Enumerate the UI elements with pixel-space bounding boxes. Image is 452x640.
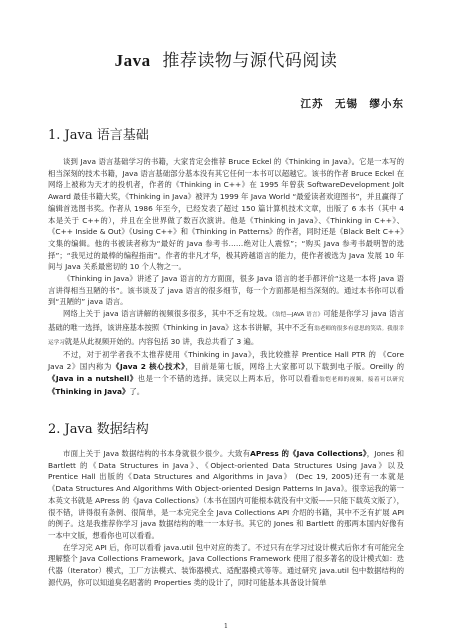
author-line: 江苏 无锡 缪小东 bbox=[301, 96, 405, 111]
text-run: 网络上关于 java 语言讲解的视频很多很多，其中不乏有垃圾。 bbox=[63, 309, 272, 318]
title-cjk: 推荐读物与源代码阅读 bbox=[162, 51, 337, 71]
text-run-small: 翁恺老师的视频，接着可以研究 bbox=[319, 377, 404, 383]
page-number: 1 bbox=[0, 622, 452, 630]
paragraph: 在学习完 API 后，你可以看看 java.util 包中对应的类了。不过只有在… bbox=[48, 542, 404, 589]
text-run: 也是一个不错的选择。读完以上两本后，你可以看看 bbox=[138, 374, 320, 383]
text-run: ，Jones 和 Bartlett 的《Data Structures in J… bbox=[48, 449, 404, 540]
text-run-bold: APress 的《Java Collections》 bbox=[250, 449, 367, 458]
text-run-bold: 《Thinking in Java》 bbox=[48, 387, 129, 396]
text-run: 了。 bbox=[129, 387, 144, 396]
document-title: Java 推荐读物与源代码阅读 bbox=[0, 46, 452, 71]
text-run: 就是从此视频开始的。内容包括 30 讲，我总共看了 3 遍。 bbox=[65, 337, 259, 346]
paragraph: 《Thinking in Java》讲述了 Java 语言的方方面面，很多 Ja… bbox=[48, 273, 404, 308]
section-heading-1: 1. Java 语言基础 bbox=[48, 124, 149, 143]
text-run: 市面上关于 Java 数据结构的书本身就很少很少。大致有 bbox=[63, 449, 250, 458]
paragraph: 不过，对于初学者我不太推荐使用《Thinking in Java》，我比较推荐 … bbox=[48, 349, 404, 398]
section-heading-2: 2. Java 数据结构 bbox=[48, 418, 149, 437]
section-body-1: 谈到 Java 语言基础学习的书籍，大家肯定会推荐 Bruce Eckel 的《… bbox=[48, 156, 404, 398]
title-latin: Java bbox=[115, 51, 151, 70]
document-page: Java 推荐读物与源代码阅读 江苏 无锡 缪小东 1. Java 语言基础 谈… bbox=[0, 0, 452, 640]
section-body-2: 市面上关于 Java 数据结构的书本身就很少很少。大致有APress 的《Jav… bbox=[48, 448, 404, 588]
text-run-bold: 《Java 2 核心技术》 bbox=[112, 362, 185, 371]
paragraph: 谈到 Java 语言基础学习的书籍，大家肯定会推荐 Bruce Eckel 的《… bbox=[48, 156, 404, 273]
text-run-bold: 《Java in a nutshell》 bbox=[48, 374, 138, 383]
text-run: ，目前是第七版，网络上大家都可以下载到电子版。Oreilly 的 bbox=[185, 362, 404, 371]
paragraph: 网络上关于 java 语言讲解的视频很多很多，其中不乏有垃圾。《翁恺—JAVA … bbox=[48, 308, 404, 349]
paragraph: 市面上关于 Java 数据结构的书本身就很少很少。大致有APress 的《Jav… bbox=[48, 448, 404, 542]
text-run-small: 《翁恺—JAVA 语言》 bbox=[272, 312, 323, 318]
